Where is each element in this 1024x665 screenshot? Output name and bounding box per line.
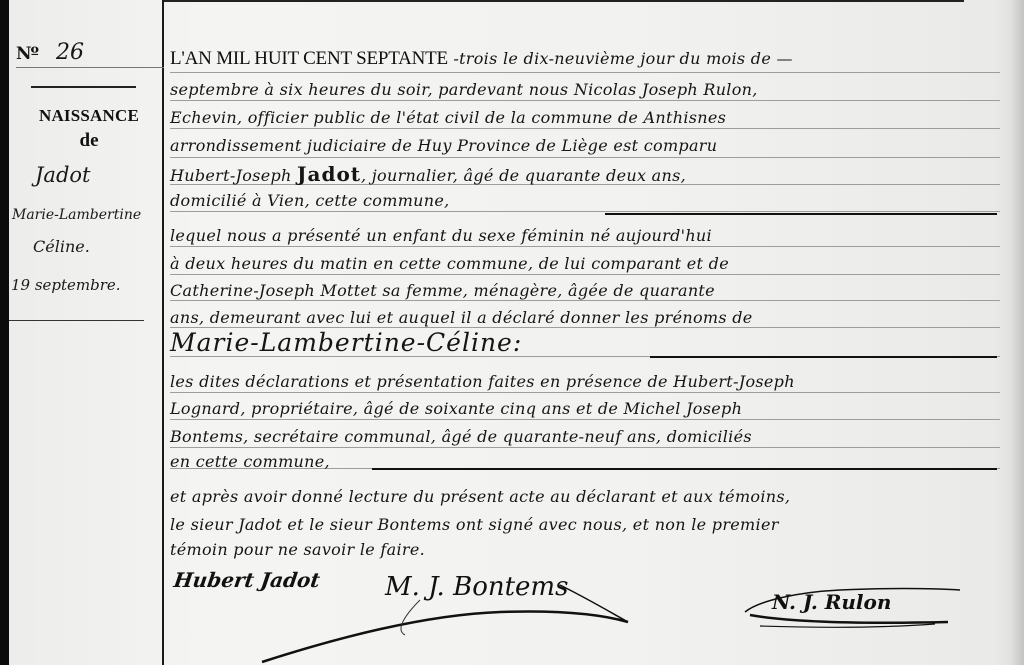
- signature-flourishes: [0, 0, 1024, 665]
- register-page: Nº 26 NAISSANCE de Jadot Marie-Lambertin…: [0, 0, 1024, 665]
